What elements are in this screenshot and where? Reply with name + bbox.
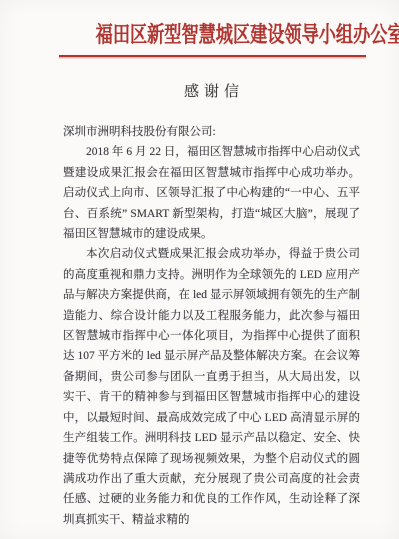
letter-body: 深圳市洲明科技股份有限公司: 2018 年 6 月 22 日，福田区智慧城市指挥… <box>63 122 360 530</box>
paragraph-2: 本次启动仪式暨成果汇报会成功举办，得益于贵公司的高度重视和鼎力支持。洲明作为全球… <box>63 244 360 530</box>
letterhead-rule <box>59 55 366 57</box>
letter-title: 感谢信 <box>63 80 360 101</box>
paragraph-1: 2018 年 6 月 22 日，福田区智慧城市指挥中心启动仪式暨建设成果汇报会在… <box>63 142 360 244</box>
letterhead-title: 福田区新型智慧城区建设领导小组办公室 <box>96 20 328 50</box>
letter-page: 福田区新型智慧城区建设领导小组办公室 感谢信 深圳市洲明科技股份有限公司: 20… <box>0 0 399 539</box>
salutation: 深圳市洲明科技股份有限公司: <box>63 122 360 142</box>
